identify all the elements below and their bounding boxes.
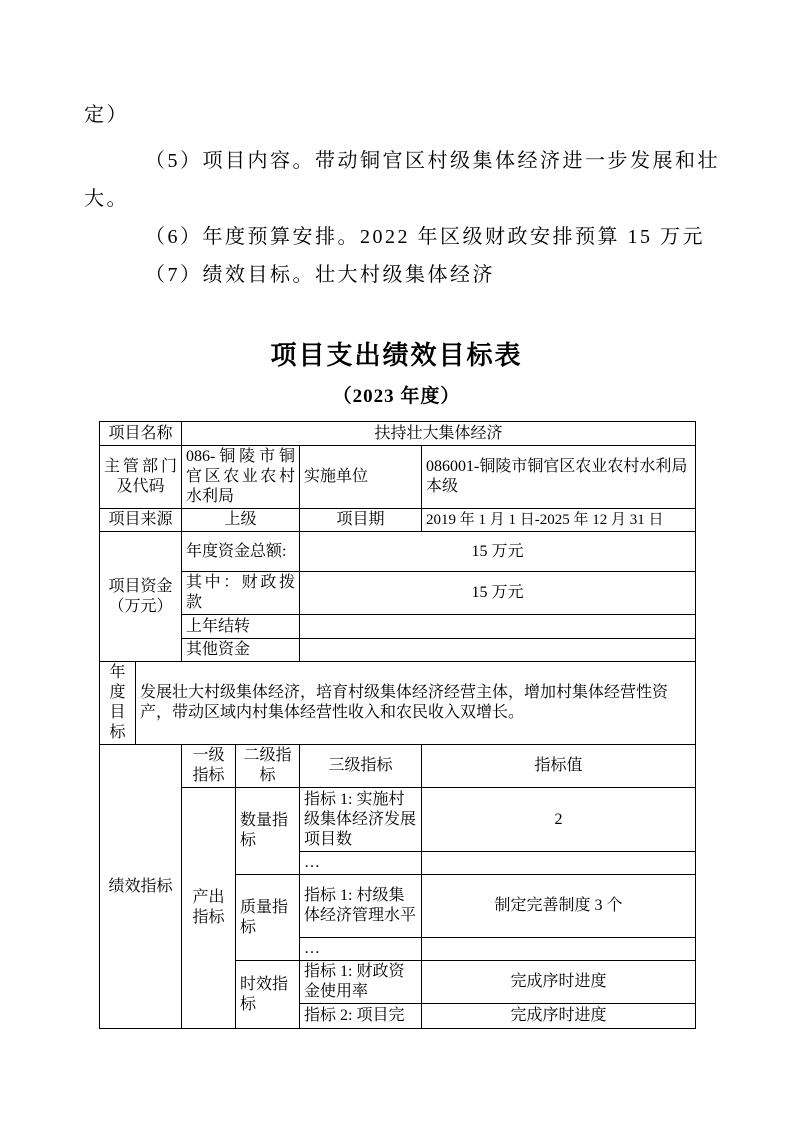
cell-period-label: 项目期	[300, 509, 422, 532]
cell-fund-fiscal-label: 其中：财政拨款	[182, 572, 300, 615]
cell-indicator-timeliness-1-value: 完成序时进度	[422, 961, 696, 1004]
cell-level2-quantity: 数量指标	[236, 788, 300, 875]
page-subtitle: （2023 年度）	[0, 383, 793, 411]
cell-fund-total-value: 15 万元	[300, 532, 696, 572]
cell-department-code: 086-铜陵市铜官区农业农村水利局	[182, 446, 300, 509]
cell-fund-total-label: 年度资金总额:	[182, 532, 300, 572]
cell-header-level1: 一级指标	[182, 745, 236, 788]
cell-indicator-quality-1-name: 指标 1: 村级集体经济管理水平	[300, 875, 422, 938]
cell-indicator-quality-more-value	[422, 938, 696, 961]
paragraph-continuation: 定）	[84, 96, 726, 134]
cell-fund-other-value	[300, 639, 696, 662]
cell-indicator-timeliness-2-value: 完成序时进度	[422, 1004, 696, 1029]
paragraph-item-6: （6）年度预算安排。2022 年区级财政安排预算 15 万元	[84, 218, 726, 256]
cell-fund-fiscal-value: 15 万元	[300, 572, 696, 615]
cell-level2-quality: 质量指标	[236, 875, 300, 961]
document-page: 定） （5）项目内容。带动铜官区村级集体经济进一步发展和壮大。 （6）年度预算安…	[0, 0, 793, 1122]
paragraph-item-5: （5）项目内容。带动铜官区村级集体经济进一步发展和壮大。	[84, 142, 726, 218]
cell-fund-carryover-value	[300, 615, 696, 639]
cell-impl-unit-label: 实施单位	[300, 446, 422, 509]
cell-annual-goal-label: 年度目标	[100, 662, 136, 745]
cell-indicator-timeliness-2-name: 指标 2: 项目完	[300, 1004, 422, 1029]
intro-paragraphs: 定） （5）项目内容。带动铜官区村级集体经济进一步发展和壮大。 （6）年度预算安…	[84, 96, 726, 294]
cell-level2-timeliness: 时效指标	[236, 961, 300, 1029]
cell-indicator-quantity-more-value	[422, 852, 696, 875]
cell-indicator-quantity-1-value: 2	[422, 788, 696, 852]
cell-header-level3: 三级指标	[300, 745, 422, 788]
cell-level1-output: 产出指标	[182, 788, 236, 1029]
performance-target-table: 项目名称 扶持壮大集体经济 主管部门及代码 086-铜陵市铜官区农业农村水利局 …	[99, 421, 696, 1029]
cell-impl-unit-value: 086001-铜陵市铜官区农业农村水利局本级	[422, 446, 696, 509]
cell-fund-other-label: 其他资金	[182, 639, 300, 662]
cell-project-name-value: 扶持壮大集体经济	[182, 422, 696, 446]
cell-indicator-quality-more: …	[300, 938, 422, 961]
cell-project-name-label: 项目名称	[100, 422, 182, 446]
cell-indicator-timeliness-1-name: 指标 1: 财政资金使用率	[300, 961, 422, 1004]
paragraph-item-7: （7）绩效目标。壮大村级集体经济	[84, 256, 726, 294]
cell-indicators-section-label: 绩效指标	[100, 745, 182, 1029]
cell-source-label: 项目来源	[100, 509, 182, 532]
cell-header-level2: 二级指标	[236, 745, 300, 788]
cell-department-label: 主管部门及代码	[100, 446, 182, 509]
cell-annual-goal-value: 发展壮大村级集体经济，培育村级集体经济经营主体，增加村集体经营性资产，带动区域内…	[136, 662, 696, 745]
cell-header-value: 指标值	[422, 745, 696, 788]
cell-source-value: 上级	[182, 509, 300, 532]
page-title: 项目支出绩效目标表	[0, 336, 793, 376]
cell-fund-carryover-label: 上年结转	[182, 615, 300, 639]
cell-indicator-quantity-more: …	[300, 852, 422, 875]
cell-period-value: 2019 年 1 月 1 日-2025 年 12 月 31 日	[422, 509, 696, 532]
cell-indicator-quality-1-value: 制定完善制度 3 个	[422, 875, 696, 938]
cell-funds-label: 项目资金（万元）	[100, 532, 182, 662]
cell-indicator-quantity-1-name: 指标 1: 实施村级集体经济发展项目数	[300, 788, 422, 852]
